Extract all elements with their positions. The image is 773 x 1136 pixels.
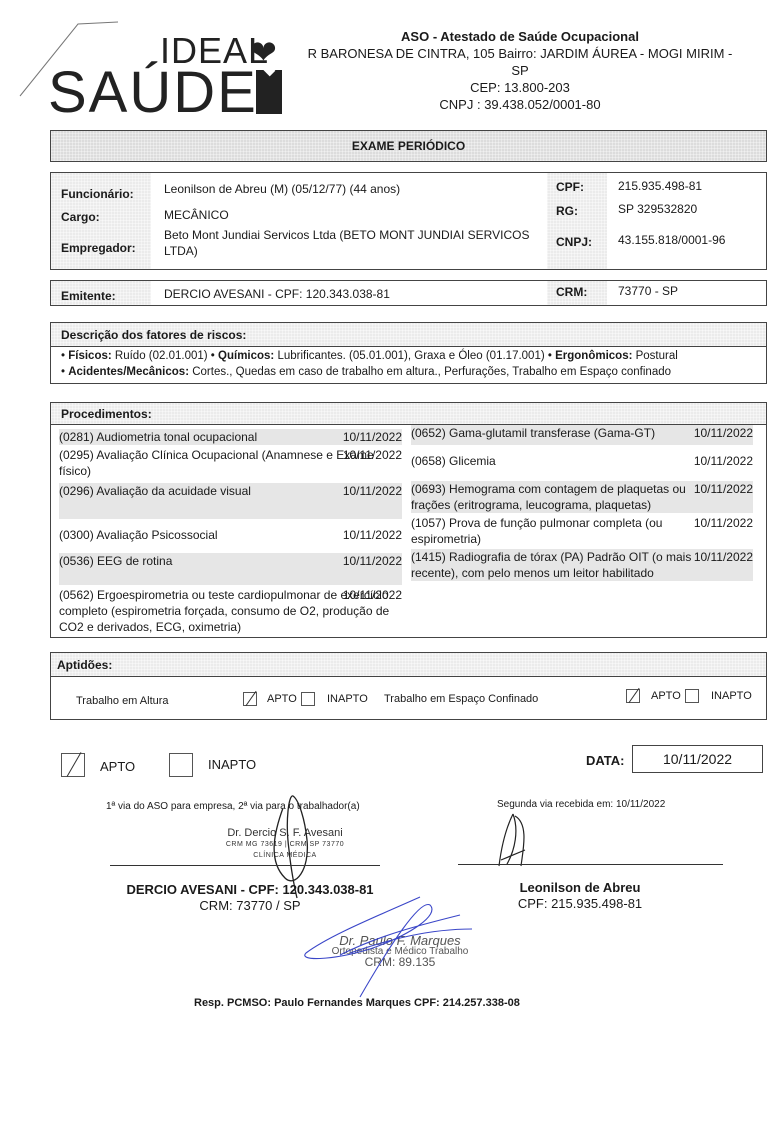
crm-value: 73770 - SP	[618, 283, 678, 299]
risk-category-label: Ergonômicos:	[555, 350, 632, 362]
empregador-value: Beto Mont Jundiai Servicos Ltda (BETO MO…	[164, 227, 534, 259]
procedure-date: 10/11/2022	[343, 553, 402, 569]
exam-type-bar: EXAME PERIÓDICO	[50, 130, 767, 162]
aptitude-label-confinado: Trabalho em Espaço Confinado	[384, 693, 538, 705]
aptitude-label-altura: Trabalho em Altura	[76, 695, 169, 707]
procedure-row: (0295) Avaliação Clínica Ocupacional (An…	[59, 447, 402, 481]
result-apto-label: APTO	[100, 759, 135, 774]
procedure-row: (0658) Glicemia10/11/2022	[411, 453, 753, 471]
confinado-apto-checkbox[interactable]	[626, 689, 640, 703]
procedure-date: 10/11/2022	[694, 515, 753, 531]
cnpj-label: CNPJ:	[556, 235, 592, 249]
date-label: DATA:	[586, 753, 625, 768]
empregador-label: Empregador:	[61, 241, 136, 255]
procedure-row: (0536) EEG de rotina10/11/2022	[59, 553, 402, 585]
pcmso-signature	[300, 895, 480, 1005]
document-title: ASO - Atestado de Saúde Ocupacional	[300, 28, 740, 45]
altura-inapto-label: INAPTO	[327, 693, 368, 705]
exam-type: EXAME PERIÓDICO	[352, 139, 465, 153]
risk-category-label: Físicos:	[68, 350, 111, 362]
cpf-value: 215.935.498-81	[618, 178, 702, 194]
logo-bar-icon	[256, 70, 282, 114]
doctor-signature-line	[110, 865, 380, 866]
confinado-apto-label: APTO	[651, 690, 681, 702]
emitente-label: Emitente:	[61, 289, 116, 303]
funcionario-value: Leonilson de Abreu (M) (05/12/77) (44 an…	[164, 181, 400, 197]
procedures-title: Procedimentos:	[51, 403, 766, 425]
confinado-inapto-checkbox[interactable]	[685, 689, 699, 703]
risk-category-text: Lubrificantes. (05.01.001), Graxa e Óleo…	[274, 350, 548, 362]
risk-factors-title: Descrição dos fatores de riscos:	[51, 323, 766, 347]
procedure-row: (0562) Ergoespirometria ou teste cardiop…	[59, 587, 402, 637]
worker-cpf: CPF: 215.935.498-81	[480, 896, 680, 911]
funcionario-label: Funcionário:	[61, 187, 134, 201]
date-value: 10/11/2022	[663, 751, 732, 767]
cnpj-value: 43.155.818/0001-96	[618, 232, 725, 248]
rg-label: RG:	[556, 204, 578, 218]
result-inapto-checkbox[interactable]	[169, 753, 193, 777]
pcmso-responsible: Resp. PCMSO: Paulo Fernandes Marques CPF…	[194, 997, 520, 1009]
risk-category-label: Químicos:	[218, 350, 274, 362]
clinic-address: R BARONESA DE CINTRA, 105 Bairro: JARDIM…	[300, 45, 740, 79]
procedure-row: (0281) Audiometria tonal ocupacional10/1…	[59, 429, 402, 445]
result-apto-checkbox[interactable]	[61, 753, 85, 777]
risk-category-label: Acidentes/Mecânicos:	[68, 366, 189, 378]
procedure-row: (0693) Hemograma com contagem de plaquet…	[411, 481, 753, 513]
worker-name: Leonilson de Abreu	[480, 880, 680, 895]
procedure-name: (1057) Prova de função pulmonar completa…	[411, 515, 711, 547]
procedure-name: (0652) Gama-glutamil transferase (Gama-G…	[411, 425, 711, 441]
procedure-date: 10/11/2022	[694, 481, 753, 497]
altura-apto-checkbox[interactable]	[243, 692, 257, 706]
procedure-date: 10/11/2022	[343, 587, 402, 603]
procedure-date: 10/11/2022	[694, 425, 753, 441]
procedure-row: (0300) Avaliação Psicossocial10/11/2022	[59, 527, 402, 545]
procedure-date: 10/11/2022	[343, 527, 402, 543]
procedure-row: (0652) Gama-glutamil transferase (Gama-G…	[411, 425, 753, 445]
clinic-cnpj: CNPJ : 39.438.052/0001-80	[300, 96, 740, 113]
procedure-date: 10/11/2022	[694, 549, 753, 565]
risk-factors-section: Descrição dos fatores de riscos: • Físic…	[50, 322, 767, 384]
risk-category-text: Cortes., Quedas em caso de trabalho em a…	[189, 366, 671, 378]
rg-value: SP 329532820	[618, 201, 697, 217]
risk-category-text: Postural	[632, 350, 677, 362]
worker-signature-line	[458, 864, 723, 865]
risk-line-2: • Acidentes/Mecânicos: Cortes., Quedas e…	[61, 366, 671, 378]
altura-inapto-checkbox[interactable]	[301, 692, 315, 706]
confinado-inapto-label: INAPTO	[711, 690, 752, 702]
aptitudes-section: Aptidões: Trabalho em Altura APTO INAPTO…	[50, 652, 767, 720]
procedures-section: Procedimentos: (0281) Audiometria tonal …	[50, 402, 767, 638]
procedure-row: (1057) Prova de função pulmonar completa…	[411, 515, 753, 549]
emitente-section: Emitente: DERCIO AVESANI - CPF: 120.343.…	[50, 280, 767, 306]
procedure-date: 10/11/2022	[343, 429, 402, 445]
date-field: 10/11/2022	[632, 745, 763, 773]
procedure-row: (0296) Avaliação da acuidade visual10/11…	[59, 483, 402, 519]
cpf-label: CPF:	[556, 180, 584, 194]
aptitudes-title: Aptidões:	[51, 653, 766, 677]
risk-line-1: • Físicos: Ruído (02.01.001) • Químicos:…	[61, 350, 678, 362]
clinic-header: ASO - Atestado de Saúde Ocupacional R BA…	[300, 28, 740, 113]
employee-section: Funcionário: Leonilson de Abreu (M) (05/…	[50, 172, 767, 270]
procedure-date: 10/11/2022	[343, 483, 402, 499]
procedure-name: (1415) Radiografia de tórax (PA) Padrão …	[411, 549, 711, 581]
procedure-row: (1415) Radiografia de tórax (PA) Padrão …	[411, 549, 753, 581]
logo-text-saude: SAÚDE	[48, 64, 258, 122]
procedure-name: (0658) Glicemia	[411, 453, 711, 469]
crm-label: CRM:	[556, 285, 587, 299]
procedure-date: 10/11/2022	[694, 453, 753, 469]
second-copy-note: Segunda via recebida em: 10/11/2022	[497, 799, 665, 810]
procedure-date: 10/11/2022	[343, 447, 402, 463]
cargo-label: Cargo:	[61, 210, 100, 224]
cargo-value: MECÂNICO	[164, 207, 229, 223]
risk-category-text: Ruído (02.01.001)	[112, 350, 211, 362]
result-inapto-label: INAPTO	[208, 757, 256, 772]
worker-signature	[495, 810, 535, 868]
emitente-value: DERCIO AVESANI - CPF: 120.343.038-81	[164, 286, 390, 302]
clinic-cep: CEP: 13.800-203	[300, 79, 740, 96]
altura-apto-label: APTO	[267, 693, 297, 705]
procedure-name: (0693) Hemograma com contagem de plaquet…	[411, 481, 711, 513]
